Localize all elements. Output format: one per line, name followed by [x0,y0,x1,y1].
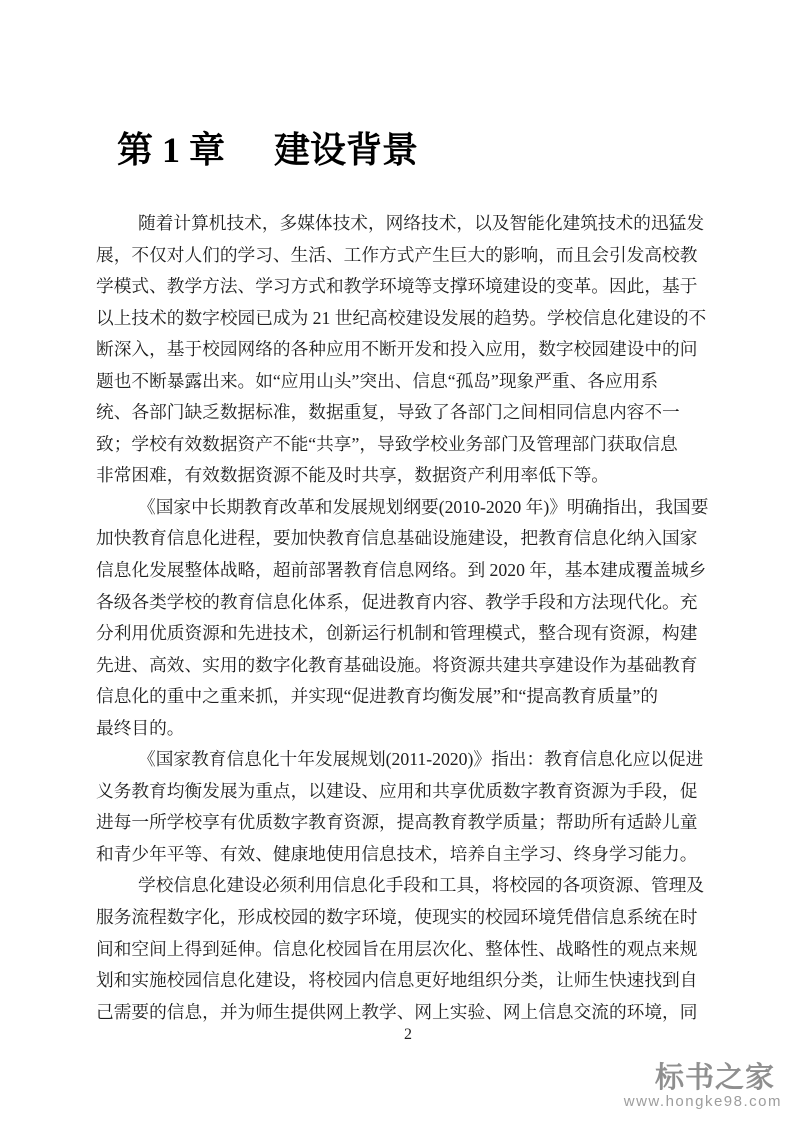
paragraph-4-line-2: 服务流程数字化，形成校园的数字环境，使现实的校园环境凭借信息系统在时 [96,902,698,934]
paragraph-1-line-6: 题也不断暴露出来。如“应用山头”突出、信息“孤岛”现象严重、各应用系 [96,366,698,398]
paragraph-1-line-5: 断深入，基于校园网络的各种应用不断开发和投入应用，数字校园建设中的问 [96,334,698,366]
paragraph-1-line-9: 非常困难，有效数据资源不能及时共享，数据资产利用率低下等。 [96,460,698,492]
paragraph-1-line-4: 以上技术的数字校园已成为 21 世纪高校建设发展的趋势。学校信息化建设的不 [96,303,698,335]
watermark-brand: 标书之家 [624,1063,782,1093]
paragraph-2-line-3: 信息化发展整体战略，超前部署教育信息网络。到 2020 年，基本建成覆盖城乡 [96,555,698,587]
paragraph-3-line-4: 和青少年平等、有效、健康地使用信息技术，培养自主学习、终身学习能力。 [96,839,698,871]
watermark-url: www.hongke98.com [624,1094,782,1110]
paragraph-1-line-2: 展，不仅对人们的学习、生活、工作方式产生巨大的影响，而且会引发高校教 [96,240,698,272]
paragraph-4-line-1: 学校信息化建设必须利用信息化手段和工具，将校园的各项资源、管理及 [96,870,698,902]
chapter-heading: 第 1 章 建设背景 [117,127,418,173]
paragraph-2-line-7: 信息化的重中之重来抓，并实现“促进教育均衡发展”和“提高教育质量”的 [96,681,698,713]
paragraph-2-line-2: 加快教育信息化进程，要加快教育信息基础设施建设，把教育信息化纳入国家 [96,523,698,555]
paragraph-1-line-7: 统、各部门缺乏数据标准，数据重复，导致了各部门之间相同信息内容不一 [96,397,698,429]
paragraph-2-line-5: 分利用优质资源和先进技术，创新运行机制和管理模式，整合现有资源，构建 [96,618,698,650]
page-number: 2 [404,1026,412,1044]
paragraph-2-line-6: 先进、高效、实用的数字化教育基础设施。将资源共建共享建设作为基础教育 [96,650,698,682]
paragraph-1-line-1: 随着计算机技术，多媒体技术，网络技术，以及智能化建筑技术的迅猛发 [96,208,698,240]
chapter-title: 建设背景 [274,130,418,170]
paragraph-3-line-2: 义务教育均衡发展为重点，以建设、应用和共享优质数字教育资源为手段，促 [96,776,698,808]
document-page: 第 1 章 建设背景 随着计算机技术，多媒体技术，网络技术，以及智能化建筑技术的… [0,0,793,1122]
paragraph-3-line-3: 进每一所学校享有优质数字教育资源，提高教育教学质量；帮助所有适龄儿童 [96,807,698,839]
paragraph-4-line-4: 划和实施校园信息化建设，将校园内信息更好地组织分类，让师生快速找到自 [96,965,698,997]
chapter-number: 第 1 章 [117,130,225,170]
paragraph-4-line-5: 己需要的信息，并为师生提供网上教学、网上实验、网上信息交流的环境，同 [96,997,698,1029]
paragraph-4-line-3: 间和空间上得到延伸。信息化校园旨在用层次化、整体性、战略性的观点来规 [96,934,698,966]
watermark: 标书之家 www.hongke98.com [624,1063,782,1110]
paragraph-3-line-1: 《国家教育信息化十年发展规划(2011-2020)》指出：教育信息化应以促进 [96,744,698,776]
document-body: 随着计算机技术，多媒体技术，网络技术，以及智能化建筑技术的迅猛发展，不仅对人们的… [96,208,698,1028]
paragraph-2-line-8: 最终目的。 [96,713,698,745]
paragraph-1-line-3: 学模式、教学方法、学习方式和教学环境等支撑环境建设的变革。因此，基于 [96,271,698,303]
paragraph-2-line-4: 各级各类学校的教育信息化体系，促进教育内容、教学手段和方法现代化。充 [96,587,698,619]
paragraph-2-line-1: 《国家中长期教育改革和发展规划纲要(2010-2020 年)》明确指出，我国要 [96,492,698,524]
paragraph-1-line-8: 致；学校有效数据资产不能“共享”，导致学校业务部门及管理部门获取信息 [96,429,698,461]
